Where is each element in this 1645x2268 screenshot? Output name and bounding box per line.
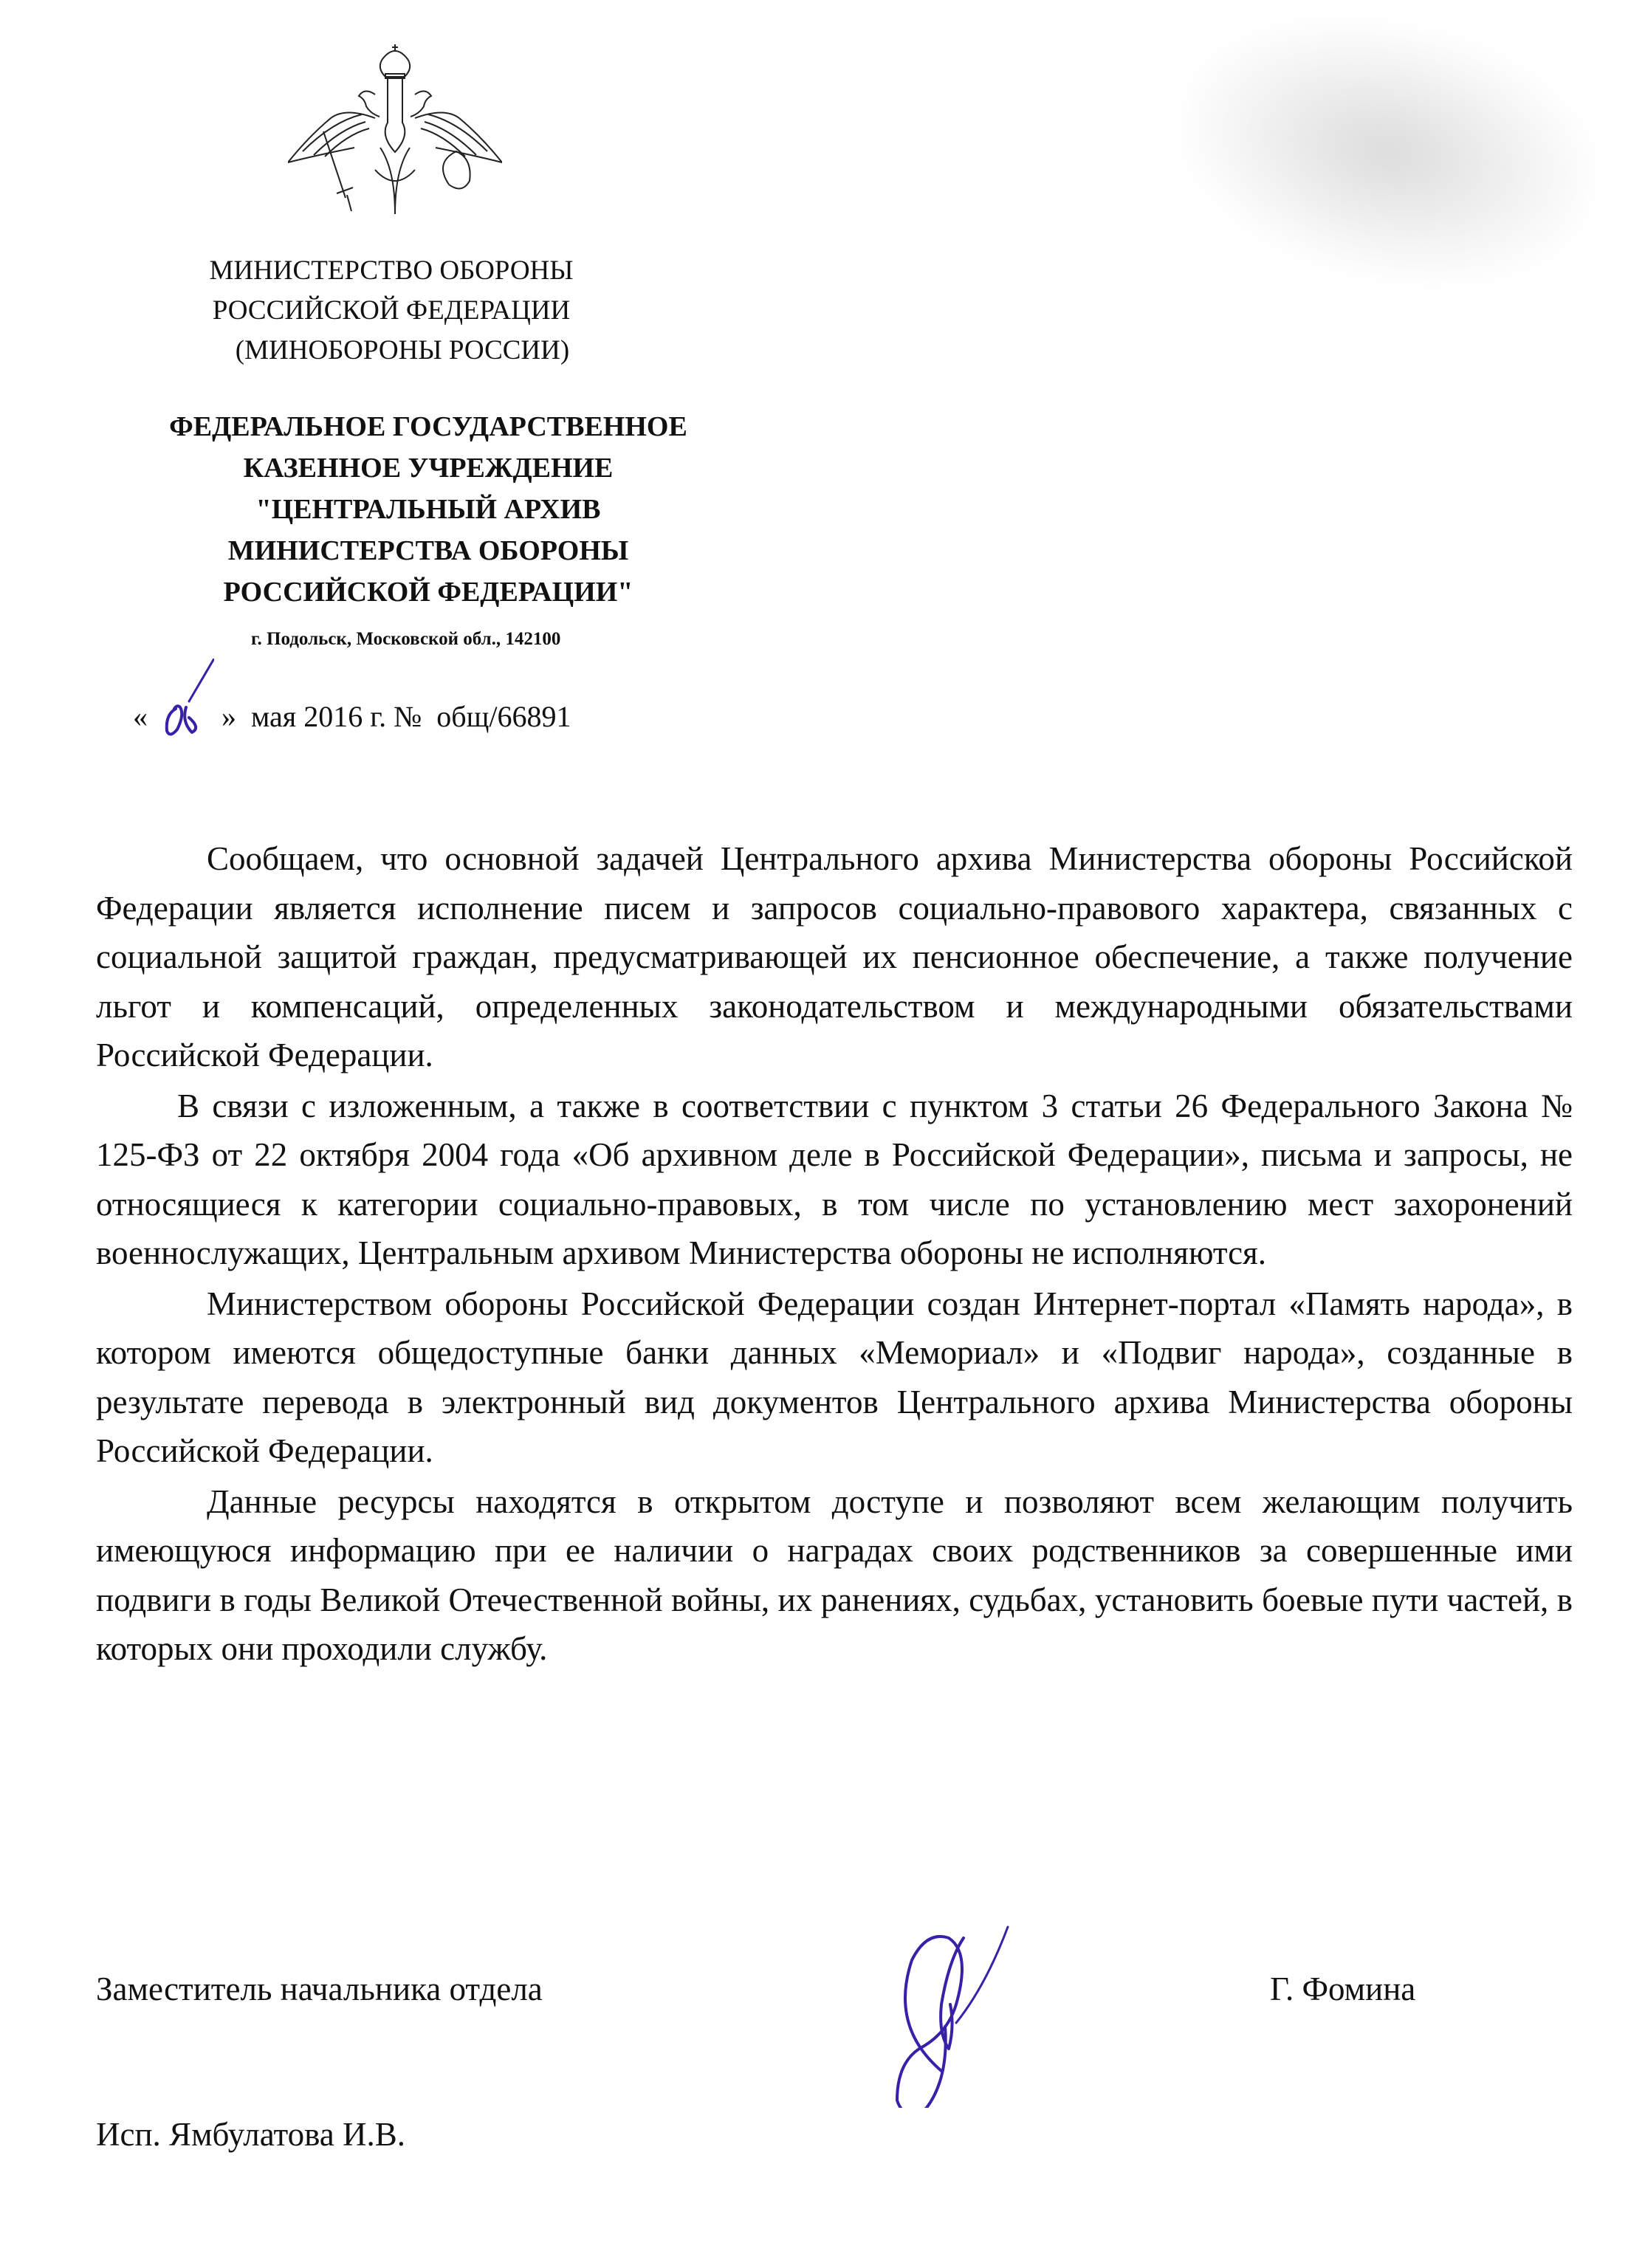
signer-title: Заместитель начальника отдела: [96, 1970, 543, 2008]
double-headed-eagle-emblem-icon: [288, 37, 502, 214]
signer-name: Г. Фомина: [1270, 1970, 1415, 2008]
handwritten-day-icon: [155, 659, 214, 740]
paragraph: В связи с изложенным, а также в соответс…: [96, 1082, 1573, 1278]
paragraph: Сообщаем, что основной задачей Центральн…: [96, 834, 1573, 1080]
ministry-line: МИНИСТЕРСТВО ОБОРОНЫ: [111, 251, 672, 291]
institution-line: РОССИЙСКОЙ ФЕДЕРАЦИИ": [96, 571, 760, 613]
institution-line: ФЕДЕРАЛЬНОЕ ГОСУДАРСТВЕННОЕ: [96, 406, 760, 447]
close-quote: »: [221, 700, 236, 733]
institution-name: ФЕДЕРАЛЬНОЕ ГОСУДАРСТВЕННОЕ КАЗЕННОЕ УЧР…: [96, 406, 760, 613]
institution-line: МИНИСТЕРСТВА ОБОРОНЫ: [96, 530, 760, 571]
institution-line: "ЦЕНТРАЛЬНЫЙ АРХИВ: [96, 489, 760, 530]
paragraph: Данные ресурсы находятся в открытом дост…: [96, 1477, 1573, 1674]
open-quote: «: [133, 700, 148, 733]
letter-body: Сообщаем, что основной задачей Центральн…: [96, 834, 1573, 1675]
paragraph: Министерством обороны Российской Федерац…: [96, 1279, 1573, 1476]
ministry-line: РОССИЙСКОЙ ФЕДЕРАЦИИ: [111, 291, 672, 331]
date-month-year: мая 2016 г. №: [251, 700, 422, 733]
ministry-name: МИНИСТЕРСТВО ОБОРОНЫ РОССИЙСКОЙ ФЕДЕРАЦИ…: [111, 251, 672, 371]
scan-smudge: [1161, 0, 1615, 314]
dateline: « » мая 2016 г. № общ/66891: [133, 695, 571, 740]
ministry-line: (МИНОБОРОНЫ РОССИИ): [111, 331, 672, 371]
handwritten-signature-icon: [879, 1923, 1026, 2108]
executor-name: Исп. Ямбулатова И.В.: [96, 2115, 405, 2154]
document-number: общ/66891: [436, 700, 571, 733]
institution-line: КАЗЕННОЕ УЧРЕЖДЕНИЕ: [96, 447, 760, 489]
handwritten-day: [155, 695, 214, 740]
institution-address: г. Подольск, Московской обл., 142100: [251, 629, 560, 650]
